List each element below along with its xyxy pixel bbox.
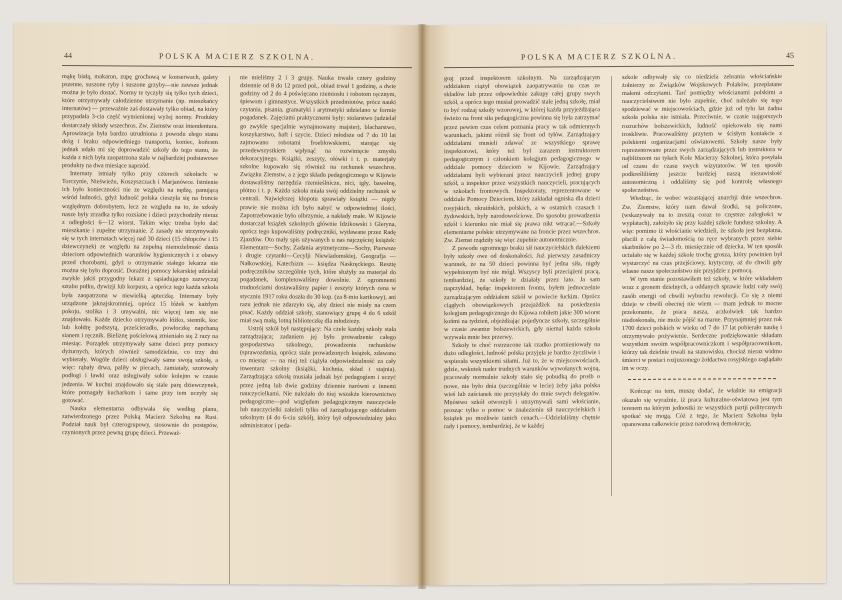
paragraph: szkole odbywały się co niedziela zebrani… [622, 73, 782, 195]
right-column-1: gog przed inspektorem szkolnym. Na zarzą… [444, 74, 600, 431]
book-spine-gutter [418, 24, 426, 589]
column-divider [229, 76, 230, 585]
paragraph: gog przed inspektorem szkolnym. Na zarzą… [444, 74, 600, 245]
running-head-title: POLSKA MACIERZ SZKOLNA. [424, 51, 774, 62]
closing-paragraph: Kończąc na tem, muszę dodać, że właśnie … [622, 388, 782, 429]
running-head-left: 44 POLSKA MACIERZ SZKOLNA. [62, 51, 412, 68]
left-page: 44 POLSKA MACIERZ SZKOLNA. mąkę białą, m… [14, 23, 422, 585]
left-column-2: nie mieliśmy 2 i 3 grupy. Nauka trwała c… [240, 74, 396, 431]
page-number-right: 45 [786, 51, 794, 60]
paragraph: Szkoły te choć rozrzucone tak rzadko pro… [444, 341, 600, 431]
running-head-title: POLSKA MACIERZ SZKOLNA. [62, 51, 412, 62]
running-head-right: POLSKA MACIERZ SZKOLNA. 45 [444, 51, 794, 68]
column-divider [611, 76, 612, 496]
left-column-1: mąkę białą, makaron, zupę grochową w kon… [62, 73, 218, 438]
paragraph: Internaty istniały tylko przy czterech s… [62, 170, 218, 406]
right-page: POLSKA MACIERZ SZKOLNA. 45 gog przed ins… [422, 23, 826, 585]
paragraph: nie mieliśmy 2 i 3 grupy. Nauka trwała c… [240, 74, 396, 326]
paragraph: mąkę białą, makaron, zupę grochową w kon… [62, 73, 218, 171]
paragraph: Ustrój szkół był następujący: Na czele k… [240, 325, 396, 431]
paragraph: W tym stanie pozostawiłem też szkoły, w … [622, 275, 782, 373]
paragraph: Wiedząc, że wobec wzrastającej anarchji … [622, 194, 782, 276]
right-column-2: szkole odbywały się co niedziela zebrani… [622, 73, 782, 429]
section-divider [628, 379, 776, 381]
paragraph: Nauka elementarna odbywała się według pl… [62, 405, 218, 438]
paragraph: Z powodu ogromnego braku sił nauczyciels… [444, 244, 600, 342]
open-book-spread: 44 POLSKA MACIERZ SZKOLNA. mąkę białą, m… [14, 24, 828, 594]
